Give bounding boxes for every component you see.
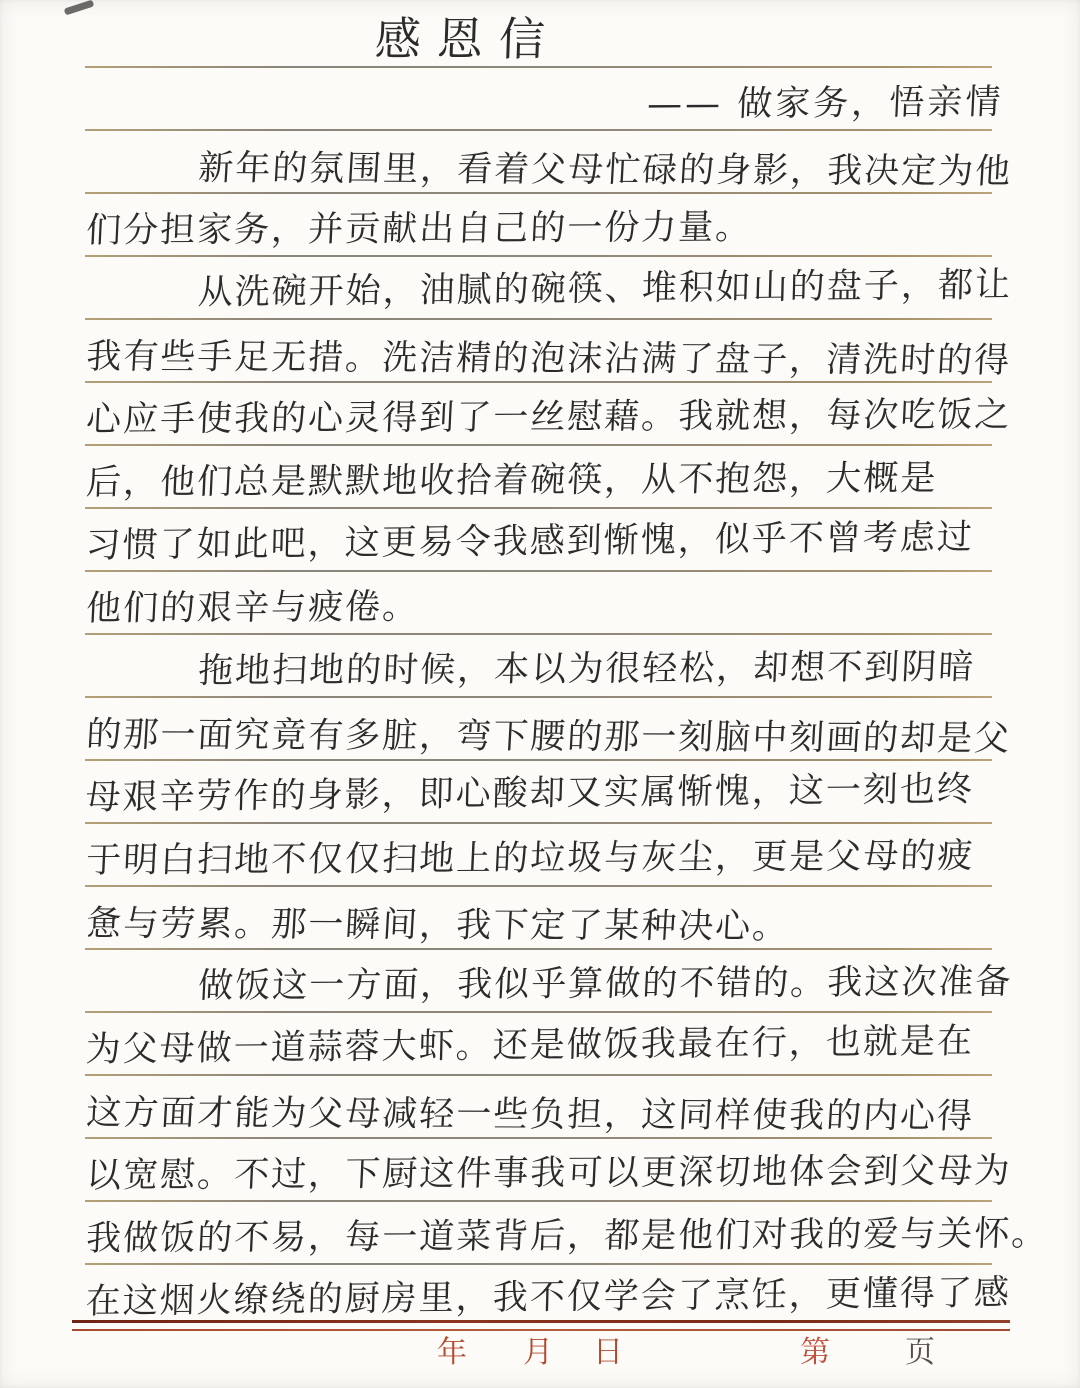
handwriting-line-text: 这方面才能为父母减轻一些负担，这同样使我的内心得 (85, 1096, 975, 1141)
bottom-margin-line-dark (72, 1320, 1010, 1323)
handwriting-line: 从洗碗开始，油腻的碗筷、堆积如山的盘子，都让 (85, 257, 992, 320)
handwriting-line: 他们的艰辛与疲倦。 (85, 572, 992, 635)
handwriting-line-text: 的那一面究竟有多脏，弯下腰的那一刻脑中刻画的却是父 (85, 718, 1012, 763)
handwriting-line: 做饭这一方面，我似乎算做的不错的。我这次准备 (85, 950, 992, 1013)
footer-month-label: 月 (523, 1338, 553, 1368)
handwriting-line-text: 从洗碗开始，油腻的碗筷、堆积如山的盘子，都让 (85, 268, 1012, 318)
handwriting-line: 于明白扫地不仅仅扫地上的垃圾与灰尘，更是父母的疲 (85, 824, 992, 887)
bottom-margin-line-light (72, 1329, 1010, 1331)
subtitle-row: —— 做家务，悟亲情 (85, 68, 992, 131)
handwriting-line: 以宽慰。不过，下厨这件事我可以更深切地体会到父母为 (85, 1139, 992, 1202)
handwriting-line-text: 心应手使我的心灵得到了一丝慰藉。我就想，每次吃饭之 (85, 398, 1012, 444)
handwriting-line-text: 我做饭的不易，每一道菜背后，都是他们对我的爱与关怀。 (85, 1217, 1049, 1263)
footer-page-prefix-label: 第 (800, 1338, 830, 1368)
handwriting-line: 习惯了如此吧，这更易令我感到惭愧，似乎不曾考虑过 (85, 509, 992, 572)
handwriting-line: 我有些手足无措。洗洁精的泡沫沾满了盘子，清洗时的得 (85, 320, 992, 383)
handwriting-line-text: 以宽慰。不过，下厨这件事我可以更深切地体会到父母为 (85, 1154, 1012, 1200)
footer-year-label: 年 (437, 1338, 467, 1368)
handwriting-line-text: 新年的氛围里，看着父母忙碌的身影，我决定为他 (85, 151, 1013, 196)
handwriting-line: 后，他们总是默默地收拾着碗筷，从不抱怨，大概是 (85, 446, 992, 509)
date-page-footer: 年 月 日 第 页 (0, 1338, 1080, 1382)
handwriting-line: 惫与劳累。那一瞬间，我下定了某种决心。 (85, 887, 992, 950)
notepaper-page: 感恩信 —— 做家务，悟亲情 新年的氛围里，看着父母忙碌的身影，我决定为他们分担… (0, 0, 1080, 1388)
handwriting-line-text: 在这烟火缭绕的厨房里，我不仅学会了烹饪，更懂得了感 (85, 1276, 1011, 1326)
handwriting-line: 我做饭的不易，每一道菜背后，都是他们对我的爱与关怀。 (85, 1202, 992, 1265)
handwriting-line: 心应手使我的心灵得到了一丝慰藉。我就想，每次吃饭之 (85, 383, 992, 446)
letter-subtitle: —— 做家务，悟亲情 (646, 86, 1004, 129)
letter-title: 感恩信 (374, 16, 562, 66)
handwriting-line-text: 后，他们总是默默地收拾着碗筷，从不抱怨，大概是 (85, 462, 938, 507)
handwriting-line: 新年的氛围里，看着父母忙碌的身影，我决定为他 (85, 131, 992, 194)
title-row: 感恩信 (85, 0, 992, 68)
handwriting-line-text: 于明白扫地不仅仅扫地上的垃圾与灰尘，更是父母的疲 (85, 839, 975, 885)
handwriting-line: 这方面才能为父母减轻一些负担，这同样使我的内心得 (85, 1076, 992, 1139)
handwriting-line: 拖地扫地的时候，本以为很轻松，却想不到阴暗 (85, 635, 992, 698)
handwriting-line: 们分担家务，并贡献出自己的一份力量。 (85, 194, 992, 257)
handwriting-line-text: 惫与劳累。那一瞬间，我下定了某种决心。 (85, 907, 790, 951)
handwriting-line-text: 为父母做一道蒜蓉大虾。还是做饭我最在行，也就是在 (85, 1024, 974, 1074)
footer-day-label: 日 (593, 1338, 623, 1368)
handwriting-line-text: 习惯了如此吧，这更易令我感到惭愧，似乎不曾考虑过 (85, 520, 974, 570)
handwriting-line: 的那一面究竟有多脏，弯下腰的那一刻脑中刻画的却是父 (85, 698, 992, 761)
handwriting-line: 为父母做一道蒜蓉大虾。还是做饭我最在行，也就是在 (85, 1013, 992, 1076)
handwriting-line-text: 们分担家务，并贡献出自己的一份力量。 (85, 211, 753, 255)
handwriting-line-text: 他们的艰辛与疲倦。 (85, 590, 420, 633)
handwriting-line-text: 做饭这一方面，我似乎算做的不错的。我这次准备 (85, 965, 1013, 1011)
handwriting-line-text: 我有些手足无措。洗洁精的泡沫沾满了盘子，清洗时的得 (85, 340, 1012, 385)
footer-page-suffix-label: 页 (905, 1338, 935, 1368)
handwriting-line-text: 母艰辛劳作的身影，即心酸却又实属惭愧，这一刻也终 (85, 772, 974, 822)
handwriting-line-text: 拖地扫地的时候，本以为很轻松，却想不到阴暗 (85, 650, 976, 696)
handwriting-line: 母艰辛劳作的身影，即心酸却又实属惭愧，这一刻也终 (85, 761, 992, 824)
letter-body: 感恩信 —— 做家务，悟亲情 新年的氛围里，看着父母忙碌的身影，我决定为他们分担… (85, 0, 992, 1326)
handwriting-line: 在这烟火缭绕的厨房里，我不仅学会了烹饪，更懂得了感 (85, 1265, 992, 1326)
